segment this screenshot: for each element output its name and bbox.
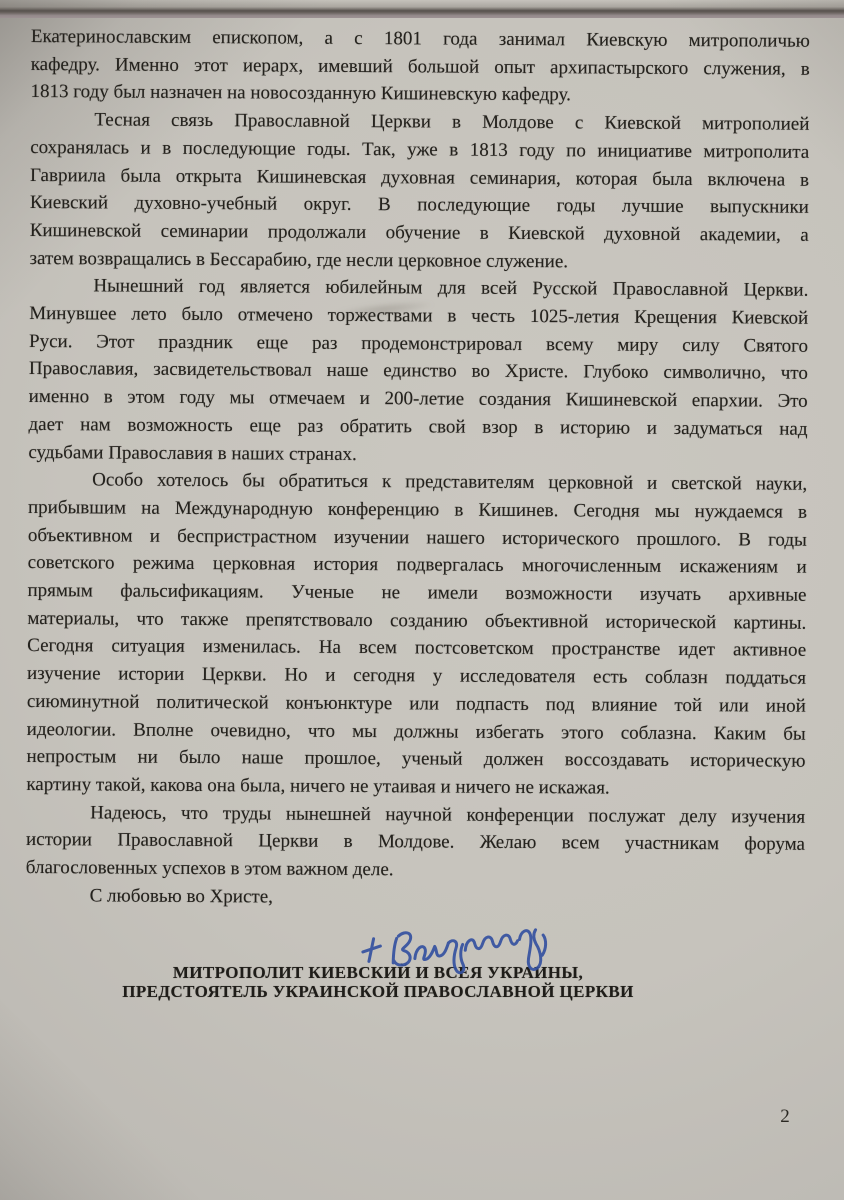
text-line: сиюминутной политической конъюнктуре или… — [27, 688, 806, 720]
text-line: картину такой, какова она была, ничего н… — [26, 771, 805, 803]
text-line: благословенных успехов в этом важном дел… — [26, 854, 805, 886]
text-line: дает нам возможность еще раз обратить св… — [28, 411, 807, 443]
text-line: сохранялась и в последующие годы. Так, у… — [30, 134, 809, 166]
text-line: прямым фальсификациям. Ученые не имели в… — [27, 577, 806, 609]
handwritten-signature-icon — [348, 896, 572, 988]
text-line: Тесная связь Православной Церкви в Молдо… — [30, 106, 809, 138]
text-line: Екатеринославским епископом, а с 1801 го… — [31, 23, 810, 55]
page-number: 2 — [760, 1106, 810, 1128]
text-line: Кишиневской семинарии продолжали обучени… — [30, 217, 809, 249]
text-line: Минувшее лето было отмечено торжествами … — [29, 300, 808, 332]
text-line: прибывшим на Международную конференцию в… — [28, 494, 807, 526]
scanned-document-page: Екатеринославским епископом, а с 1801 го… — [0, 0, 844, 1200]
photo-table-edge — [0, 0, 844, 18]
text-block: Екатеринославским епископом, а с 1801 го… — [26, 23, 810, 914]
